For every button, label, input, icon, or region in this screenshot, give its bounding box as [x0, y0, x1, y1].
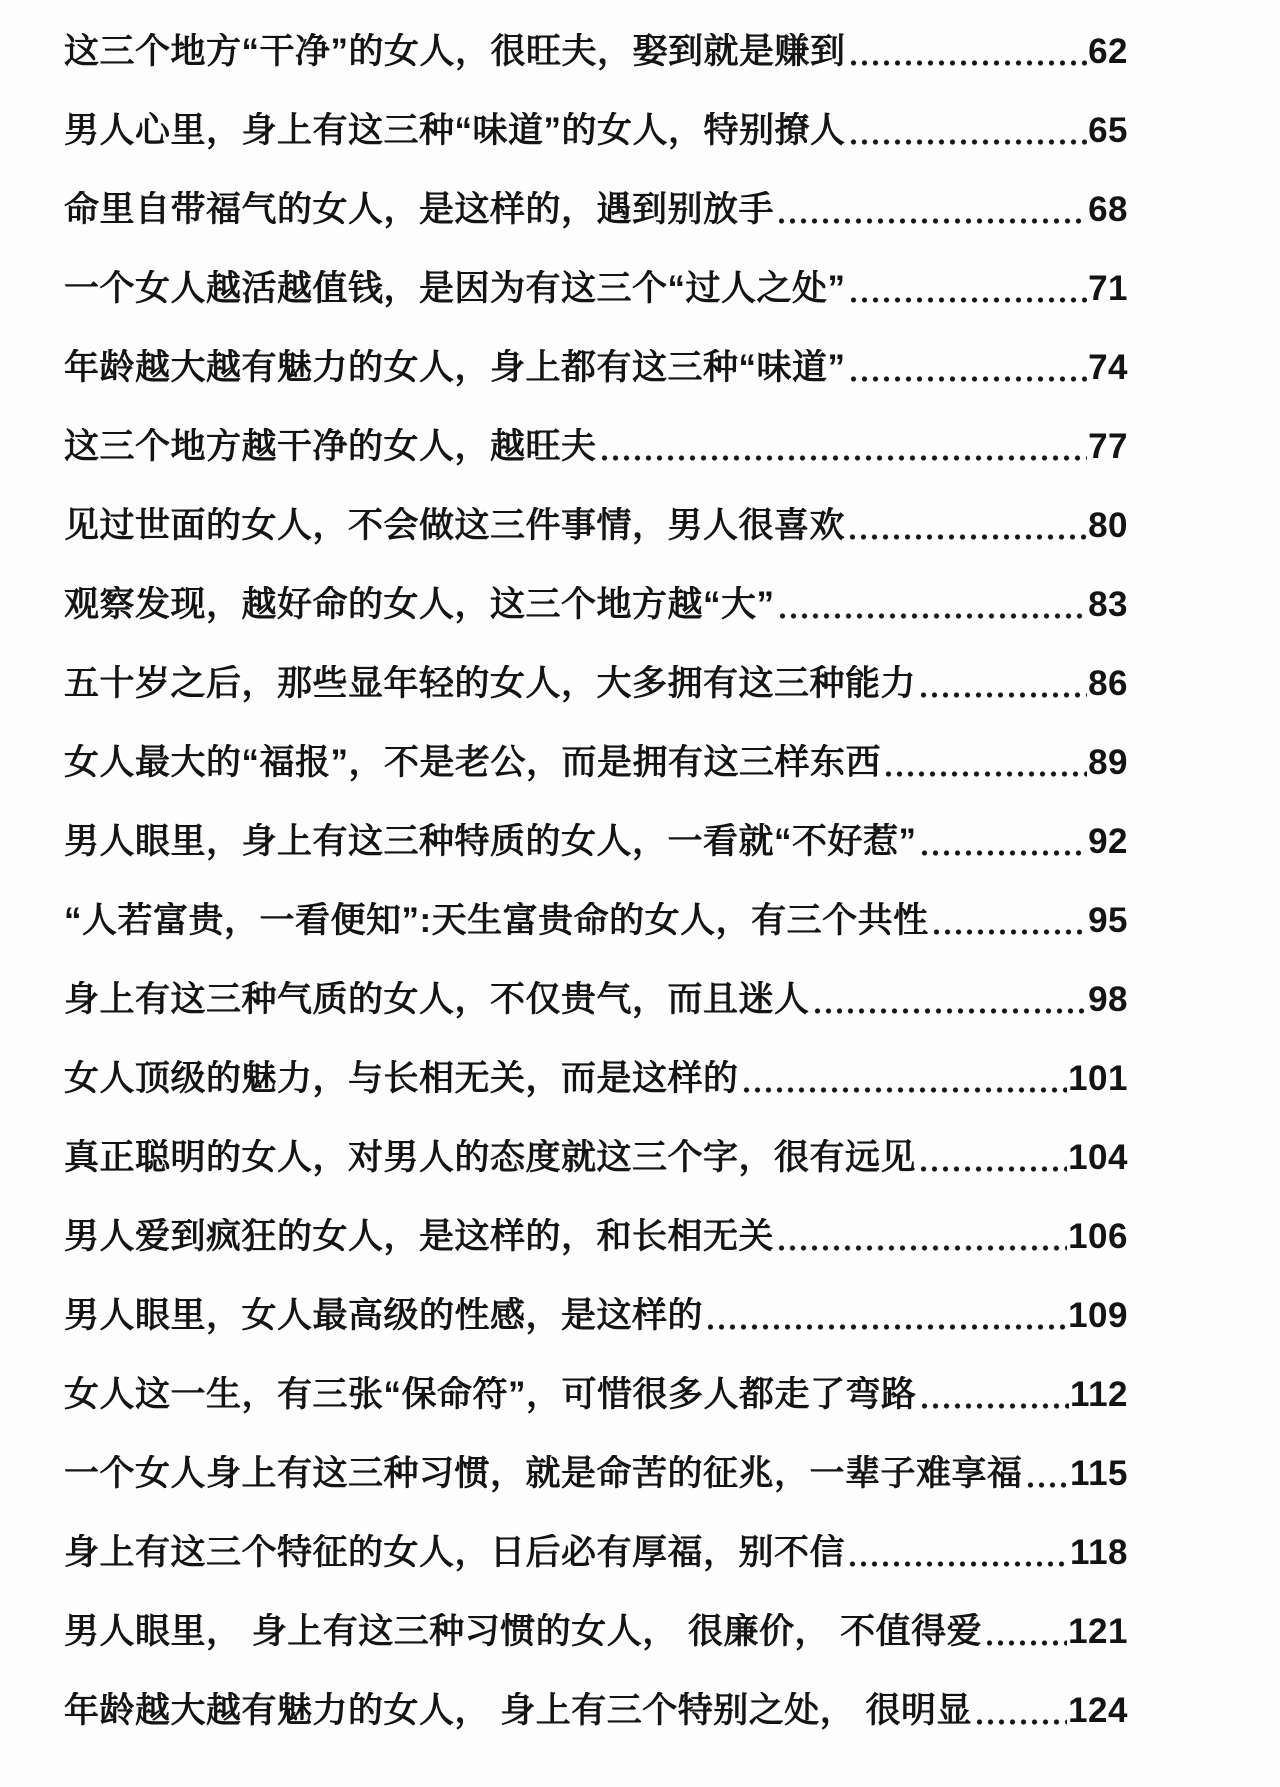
toc-entry[interactable]: 女人这一生，有三张“保命符”，可惜很多人都走了弯路 112 [64, 1376, 1128, 1414]
toc-entry[interactable]: 男人眼里，女人最高级的性感，是这样的 109 [64, 1297, 1128, 1335]
dot-leader [931, 926, 1087, 938]
toc-entry-title: 男人心里，身上有这三种“味道”的女人，特别撩人 [64, 112, 846, 150]
toc-entry-page: 71 [1088, 270, 1128, 308]
toc-entry[interactable]: 命里自带福气的女人，是这样的，遇到别放手 68 [64, 191, 1128, 229]
toc-entry[interactable]: 一个女人越活越值钱，是因为有这三个“过人之处” 71 [64, 270, 1128, 308]
toc-entry-page: 80 [1088, 507, 1128, 545]
toc-entry-page: 83 [1088, 586, 1128, 624]
toc-entry-title: 命里自带福气的女人，是这样的，遇到别放手 [64, 191, 774, 229]
toc-entry[interactable]: 观察发现，越好命的女人，这三个地方越“大” 83 [64, 586, 1128, 624]
toc-entry-title: 一个女人越活越值钱，是因为有这三个“过人之处” [64, 270, 846, 308]
toc-entry-title: 男人眼里，女人最高级的性感，是这样的 [64, 1297, 703, 1335]
dot-leader [599, 452, 1088, 464]
dot-leader [812, 1005, 1088, 1017]
toc-entry-page: 65 [1088, 112, 1128, 150]
toc-entry-title: 男人爱到疯狂的女人，是这样的，和长相无关 [64, 1218, 774, 1256]
dot-leader [984, 1637, 1067, 1649]
dot-leader [918, 1163, 1067, 1175]
dot-leader [776, 1242, 1067, 1254]
toc-entry-page: 86 [1088, 665, 1128, 703]
dot-leader [741, 1084, 1068, 1096]
toc-entry[interactable]: 身上有这三种气质的女人，不仅贵气，而且迷人 98 [64, 981, 1128, 1019]
toc-entry-title: 这三个地方越干净的女人，越旺夫 [64, 428, 597, 466]
toc-entry-page: 98 [1088, 981, 1128, 1019]
toc-entry-page: 89 [1088, 744, 1128, 782]
toc-entry-title: 女人顶级的魅力，与长相无关，而是这样的 [64, 1060, 739, 1098]
dot-leader [919, 847, 1088, 859]
toc-entry-title: 女人这一生，有三张“保命符”，可惜很多人都走了弯路 [64, 1376, 917, 1414]
toc-entry-page: 77 [1088, 428, 1128, 466]
toc-entry[interactable]: 男人眼里，身上有这三种特质的女人，一看就“不好惹” 92 [64, 823, 1128, 861]
toc-entry[interactable]: 一个女人身上有这三种习惯，就是命苦的征兆，一辈子难享福 115 [64, 1455, 1128, 1493]
toc-entry[interactable]: “人若富贵，一看便知”:天生富贵命的女人，有三个共性 95 [64, 902, 1128, 940]
toc-entry[interactable]: 年龄越大越有魅力的女人， 身上有三个特别之处， 很明显 124 [64, 1692, 1128, 1730]
toc-entry-title: 观察发现，越好命的女人，这三个地方越“大” [64, 586, 775, 624]
dot-leader [919, 1400, 1070, 1412]
toc-entry-title: 身上有这三个特征的女人，日后必有厚福，别不信 [64, 1534, 845, 1572]
toc-entry[interactable]: 真正聪明的女人，对男人的态度就这三个字，很有远见 104 [64, 1139, 1128, 1177]
toc-entry-page: 121 [1068, 1613, 1128, 1651]
dot-leader [847, 531, 1087, 543]
toc-entry[interactable]: 五十岁之后，那些显年轻的女人，大多拥有这三种能力 86 [64, 665, 1128, 703]
dot-leader [848, 373, 1088, 385]
toc-entry-page: 109 [1068, 1297, 1128, 1335]
toc-entry-page: 118 [1070, 1534, 1128, 1572]
toc-entry-page: 62 [1088, 33, 1128, 71]
dot-leader [847, 1558, 1069, 1570]
toc-entry-title: 男人眼里，身上有这三种特质的女人，一看就“不好惹” [64, 823, 917, 861]
toc-entry-title: 五十岁之后，那些显年轻的女人，大多拥有这三种能力 [64, 665, 916, 703]
toc-entry[interactable]: 年龄越大越有魅力的女人，身上都有这三种“味道” 74 [64, 349, 1128, 387]
toc-entry-page: 74 [1088, 349, 1128, 387]
toc-entry[interactable]: 男人眼里， 身上有这三种习惯的女人， 很廉价， 不值得爱 121 [64, 1613, 1128, 1651]
toc-entry[interactable]: 身上有这三个特征的女人，日后必有厚福，别不信 118 [64, 1534, 1128, 1572]
dot-leader [705, 1321, 1067, 1333]
toc-entry-title: 这三个地方“干净”的女人，很旺夫，娶到就是赚到 [64, 33, 846, 71]
toc-entry-page: 112 [1070, 1376, 1128, 1414]
toc-entry[interactable]: 女人顶级的魅力，与长相无关，而是这样的 101 [64, 1060, 1128, 1098]
toc-entry-title: 年龄越大越有魅力的女人，身上都有这三种“味道” [64, 349, 846, 387]
dot-leader [918, 689, 1087, 701]
dot-leader [883, 768, 1087, 780]
dot-leader [777, 610, 1088, 622]
toc-entry-page: 115 [1070, 1455, 1128, 1493]
dot-leader [848, 136, 1088, 148]
toc-entry-title: 男人眼里， 身上有这三种习惯的女人， 很廉价， 不值得爱 [64, 1613, 982, 1651]
toc-page: 这三个地方“干净”的女人，很旺夫，娶到就是赚到 62 男人心里，身上有这三种“味… [0, 0, 1280, 1787]
dot-leader [974, 1716, 1067, 1728]
toc-entry[interactable]: 男人心里，身上有这三种“味道”的女人，特别撩人 65 [64, 112, 1128, 150]
toc-entry-page: 92 [1088, 823, 1128, 861]
dot-leader [848, 294, 1088, 306]
dot-leader [776, 215, 1087, 227]
toc-entry-title: 年龄越大越有魅力的女人， 身上有三个特别之处， 很明显 [64, 1692, 972, 1730]
dot-leader [848, 57, 1088, 69]
toc-entry-title: 女人最大的“福报”，不是老公，而是拥有这三样东西 [64, 744, 881, 782]
toc-entry-page: 124 [1068, 1692, 1128, 1730]
toc-entry[interactable]: 见过世面的女人，不会做这三件事情，男人很喜欢 80 [64, 507, 1128, 545]
toc-entry[interactable]: 女人最大的“福报”，不是老公，而是拥有这三样东西 89 [64, 744, 1128, 782]
toc-entry-title: 身上有这三种气质的女人，不仅贵气，而且迷人 [64, 981, 810, 1019]
toc-entry-title: 真正聪明的女人，对男人的态度就这三个字，很有远见 [64, 1139, 916, 1177]
dot-leader [1025, 1479, 1070, 1491]
toc-entry-page: 106 [1068, 1218, 1128, 1256]
toc-entry-title: “人若富贵，一看便知”:天生富贵命的女人，有三个共性 [64, 902, 929, 940]
toc-entry-page: 95 [1088, 902, 1128, 940]
toc-entry[interactable]: 这三个地方越干净的女人，越旺夫 77 [64, 428, 1128, 466]
toc-entry-page: 101 [1068, 1060, 1128, 1098]
toc-entry-title: 见过世面的女人，不会做这三件事情，男人很喜欢 [64, 507, 845, 545]
toc-entry[interactable]: 男人爱到疯狂的女人，是这样的，和长相无关 106 [64, 1218, 1128, 1256]
toc-entry-page: 104 [1068, 1139, 1128, 1177]
toc-entry-page: 68 [1088, 191, 1128, 229]
toc-entry[interactable]: 这三个地方“干净”的女人，很旺夫，娶到就是赚到 62 [64, 33, 1128, 71]
toc-entry-title: 一个女人身上有这三种习惯，就是命苦的征兆，一辈子难享福 [64, 1455, 1023, 1493]
